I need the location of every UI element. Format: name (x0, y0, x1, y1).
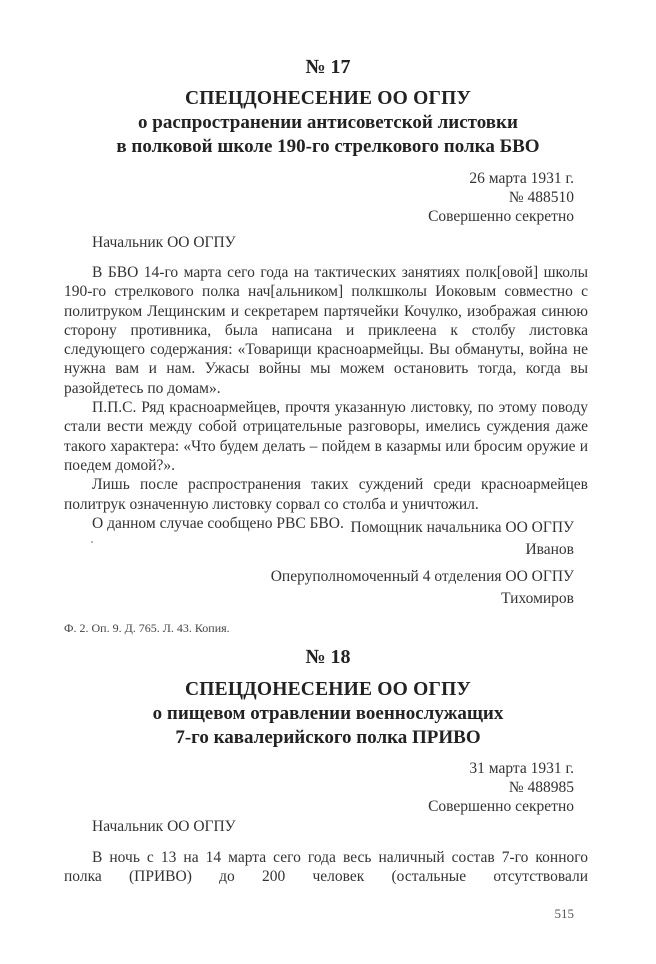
document-reg-number: № 488510 (428, 188, 574, 207)
document-title-sub-line: о пищевом отравлении военнослужащих (0, 702, 656, 726)
signature-block: Помощник начальника ОО ОГПУ Иванов (350, 517, 574, 561)
document-addressee: Начальник ОО ОГПУ (92, 818, 236, 836)
document-classification: Совершенно секретно (428, 207, 574, 226)
signature-block: Оперуполномоченный 4 отделения ОО ОГПУ Т… (271, 566, 574, 610)
document-body: В ночь с 13 на 14 марта сего года весь н… (64, 848, 588, 887)
paragraph: Лишь после распространения таких суждени… (64, 475, 588, 514)
document-number: № 18 (0, 646, 656, 669)
signature-name: Тихомиров (271, 588, 574, 610)
document-body: В БВО 14-го марта сего года на тактическ… (64, 263, 588, 533)
paragraph: П.П.С. Ряд красноармейцев, прочтя указан… (64, 398, 588, 475)
document-meta: 26 марта 1931 г. № 488510 Совершенно сек… (428, 169, 574, 226)
document-title-sub-line: в полковой школе 190-го стрелкового полк… (0, 135, 656, 159)
paragraph: В БВО 14-го марта сего года на тактическ… (64, 263, 588, 398)
document-classification: Совершенно секретно (428, 797, 574, 816)
document-date: 26 марта 1931 г. (428, 169, 574, 188)
document-title-sub-line: 7-го кавалерийского полка ПРИВО (0, 726, 656, 750)
signature-name: Иванов (350, 539, 574, 561)
document-title: СПЕЦДОНЕСЕНИЕ ОО ОГПУ о распространении … (0, 87, 656, 159)
document-title-main: СПЕЦДОНЕСЕНИЕ ОО ОГПУ (0, 87, 656, 111)
document-title: СПЕЦДОНЕСЕНИЕ ОО ОГПУ о пищевом отравлен… (0, 678, 656, 750)
book-page: № 17 СПЕЦДОНЕСЕНИЕ ОО ОГПУ о распростран… (0, 0, 656, 964)
signature-position: Помощник начальника ОО ОГПУ (350, 517, 574, 539)
document-title-main: СПЕЦДОНЕСЕНИЕ ОО ОГПУ (0, 678, 656, 702)
document-reg-number: № 488985 (428, 778, 574, 797)
document-number: № 17 (0, 56, 656, 79)
document-date: 31 марта 1931 г. (428, 759, 574, 778)
scan-speck (91, 541, 93, 543)
page-number: 515 (555, 906, 575, 922)
document-addressee: Начальник ОО ОГПУ (92, 234, 236, 252)
archive-source: Ф. 2. Оп. 9. Д. 765. Л. 43. Копия. (64, 621, 230, 636)
signature-position: Оперуполномоченный 4 отделения ОО ОГПУ (271, 566, 574, 588)
paragraph: В ночь с 13 на 14 марта сего года весь н… (64, 848, 588, 887)
document-title-sub-line: о распространении антисоветской листовки (0, 111, 656, 135)
document-meta: 31 марта 1931 г. № 488985 Совершенно сек… (428, 759, 574, 816)
